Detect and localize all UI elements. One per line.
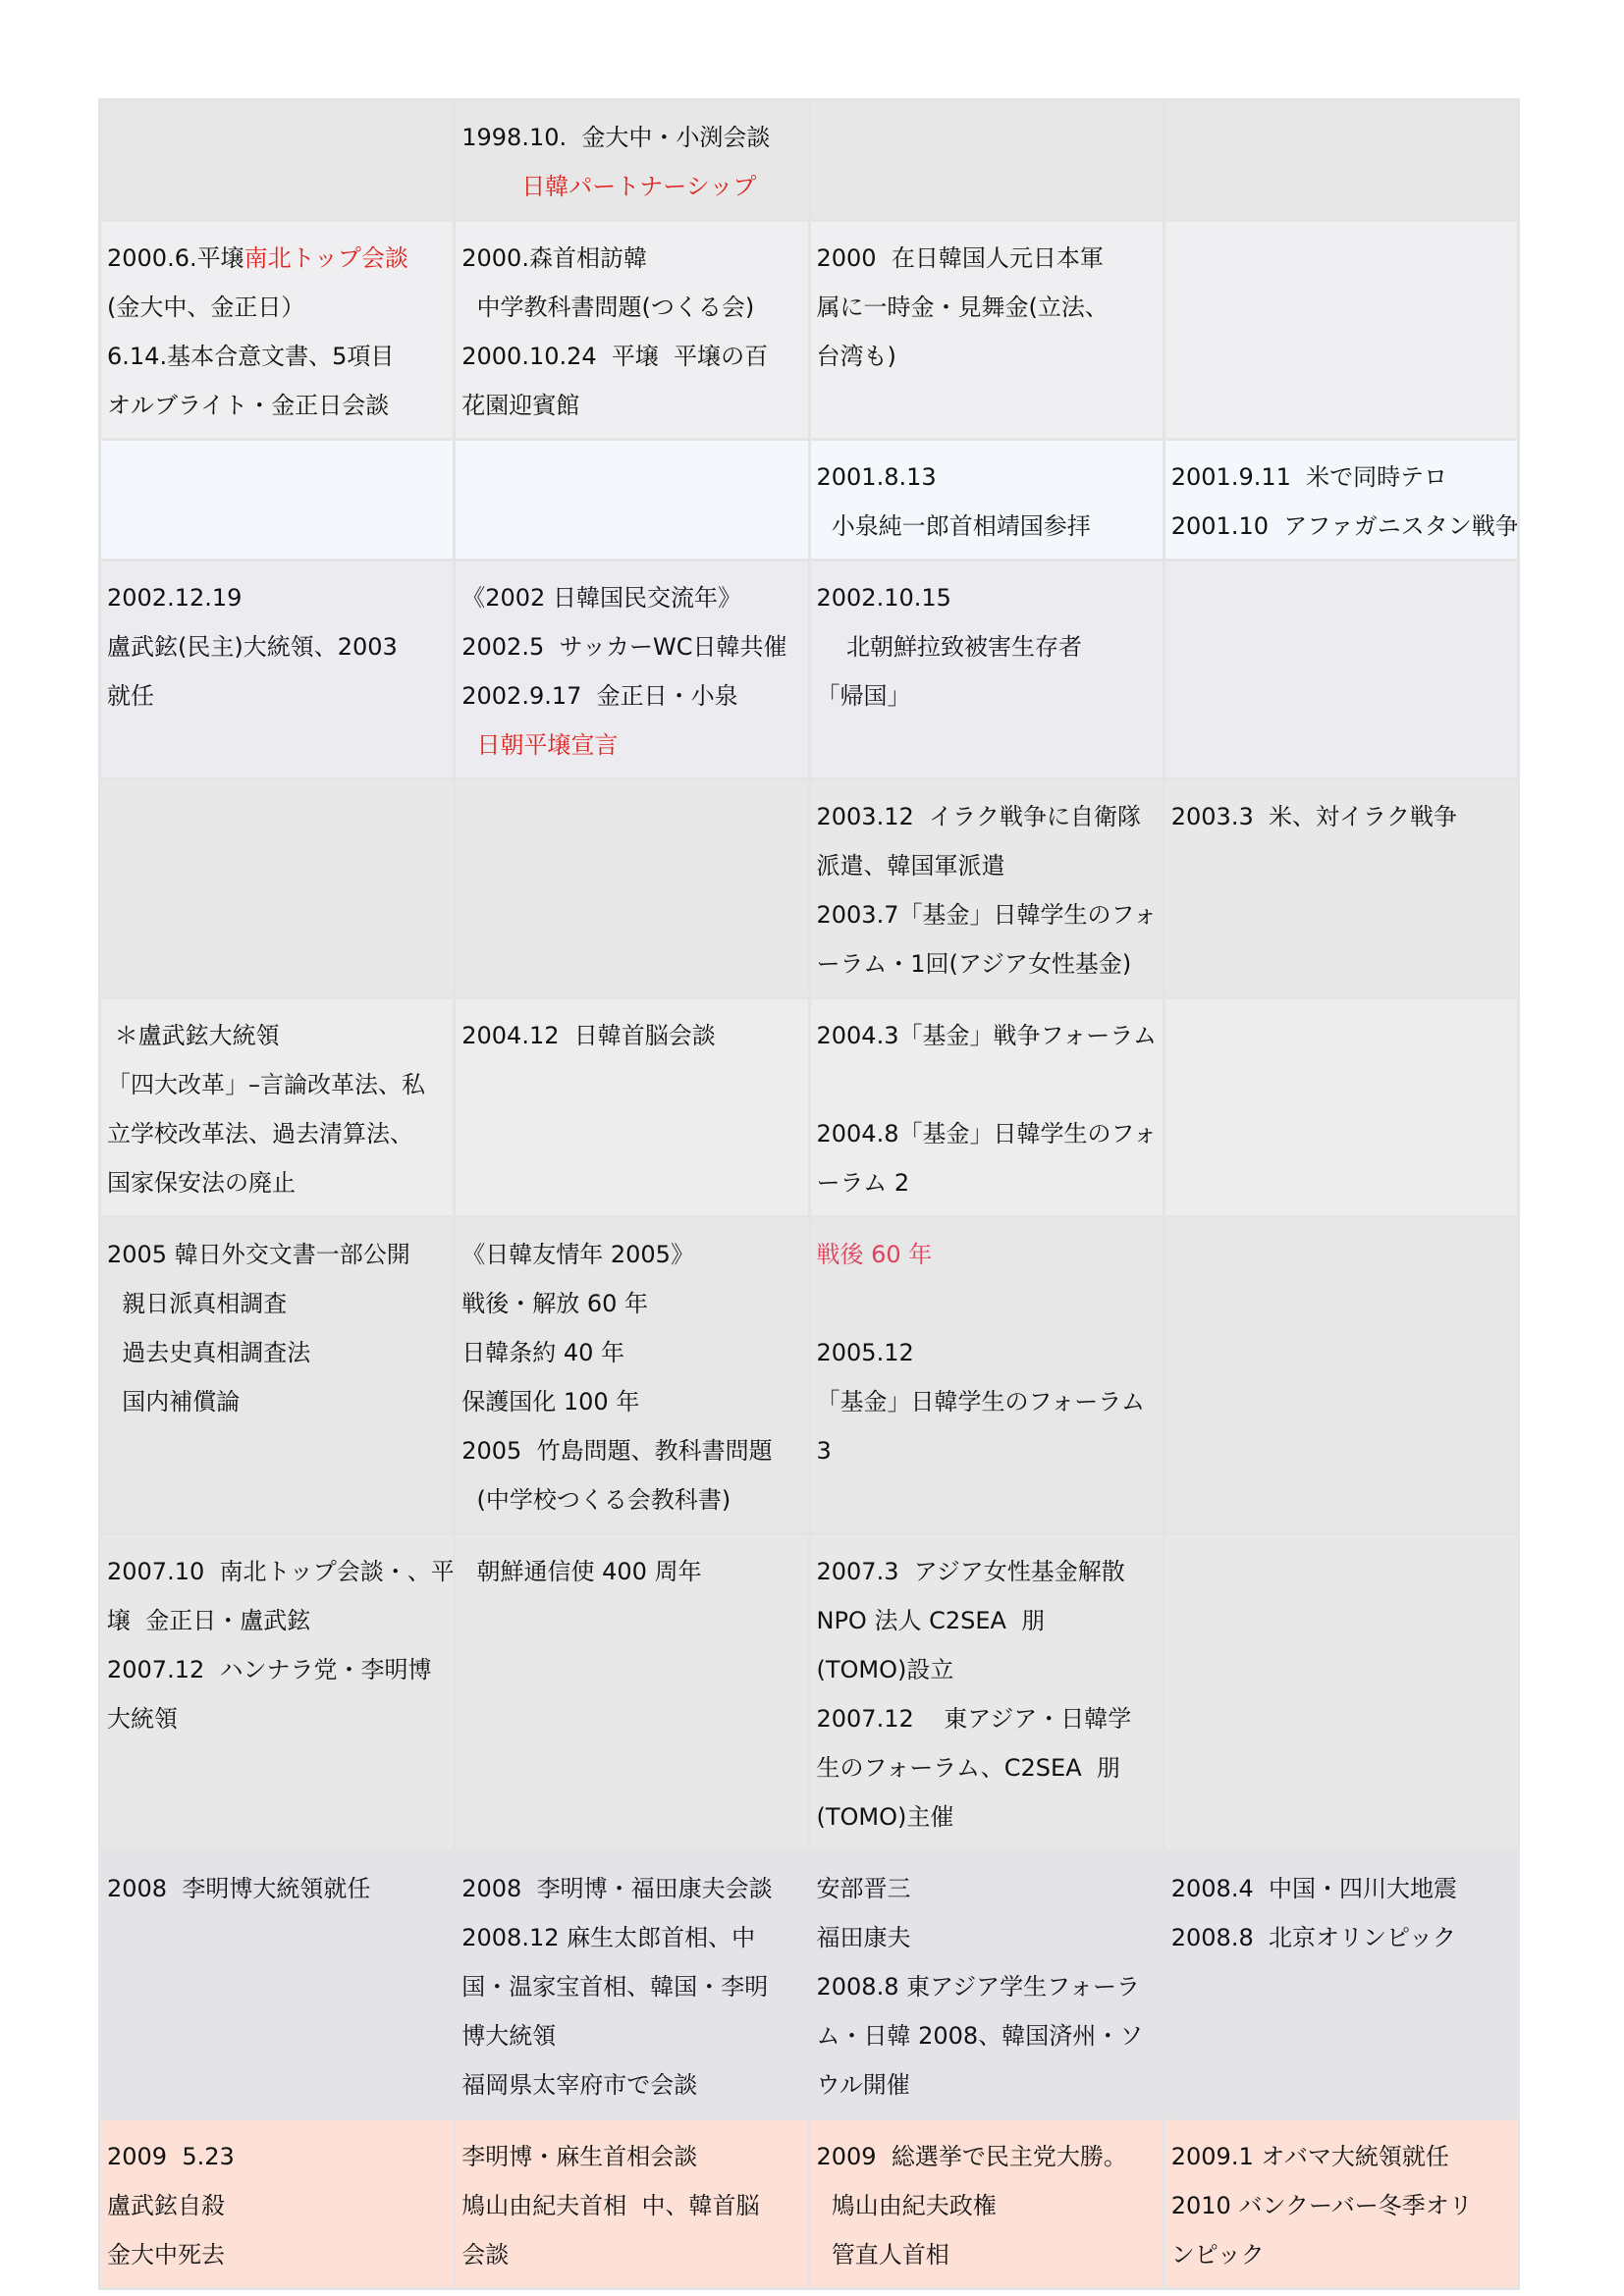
cell-text-line: 2000.10.24 平壌 平壌の百 bbox=[461, 332, 803, 381]
cell-text-line: 2009 5.23 bbox=[107, 2132, 449, 2181]
cell-text-line: 壌 金正日・盧武鉉 bbox=[107, 1596, 449, 1645]
cell-text-line: 盧武鉉自殺 bbox=[107, 2181, 449, 2230]
cell-text-line: 日韓パートナーシップ bbox=[461, 162, 803, 211]
cell-text-line: 2008.12 麻生太郎首相、中 bbox=[461, 1913, 803, 1962]
cell-text-line: 2007.12 東アジア・日韓学 bbox=[817, 1694, 1159, 1743]
cell-text-line: (TOMO)主催 bbox=[817, 1792, 1159, 1842]
cell-text-line: 安部晋三 bbox=[817, 1864, 1159, 1913]
table-cell-japan-column: 2000 在日韓国人元日本軍属に一時金・見舞金(立法、台湾も) bbox=[811, 222, 1163, 438]
table-cell-japan-korea-column: 李明博・麻生首相会談鳩山由紀夫首相 中、韓首脳会談 bbox=[456, 2120, 807, 2287]
table-row: 2005 韓日外交文書一部公開 親日派真相調査 過去史真相調査法 国内補償論《日… bbox=[101, 1218, 1517, 1532]
table-cell-world-column bbox=[1165, 1535, 1517, 1849]
table-cell-world-column: 2001.9.11 米で同時テロ2001.10 アファガニスタン戦争 bbox=[1165, 441, 1517, 559]
table-row: 2009 5.23盧武鉉自殺金大中死去李明博・麻生首相会談鳩山由紀夫首相 中、韓… bbox=[101, 2120, 1517, 2287]
cell-text-segment: 2000.6.平壌 bbox=[107, 244, 244, 272]
cell-text-line: 2005.12 bbox=[817, 1328, 1159, 1377]
cell-text-line: 保護国化 100 年 bbox=[461, 1377, 803, 1426]
table-cell-world-column: 2008.4 中国・四川大地震2008.8 北京オリンピック bbox=[1165, 1852, 1517, 2117]
cell-text-line: 福岡県太宰府市で会談 bbox=[461, 2060, 803, 2109]
cell-text-line: 2004.8「基金」日韓学生のフォ bbox=[817, 1109, 1159, 1158]
cell-text-line: 就任 bbox=[107, 671, 449, 721]
cell-text-line: 6.14.基本合意文書、5項目 bbox=[107, 332, 449, 381]
cell-text-line bbox=[817, 1279, 1159, 1328]
table-cell-japan-korea-column bbox=[456, 780, 807, 996]
cell-text-line: 2007.3 アジア女性基金解散 bbox=[817, 1547, 1159, 1596]
table-cell-korea-column: 2002.12.19盧武鉉(民主)大統領、2003就任 bbox=[101, 561, 453, 777]
cell-text-line: 管直人首相 bbox=[817, 2230, 1159, 2279]
table-cell-japan-korea-column: 朝鮮通信使 400 周年 bbox=[456, 1535, 807, 1849]
table-row: 2000.6.平壌南北トップ会談(金大中、金正日）6.14.基本合意文書、5項目… bbox=[101, 222, 1517, 438]
cell-text-line: 派遣、韓国軍派遣 bbox=[817, 841, 1159, 890]
cell-text-line: 2002.12.19 bbox=[107, 573, 449, 622]
cell-text-line: 国内補償論 bbox=[107, 1377, 449, 1426]
table-cell-japan-column: 2001.8.13 小泉純一郎首相靖国参拝 bbox=[811, 441, 1163, 559]
cell-text-line: 日朝平壌宣言 bbox=[461, 721, 803, 770]
cell-text-line: 2000.6.平壌南北トップ会談 bbox=[107, 234, 449, 283]
cell-text-line bbox=[817, 1060, 1159, 1109]
table-cell-world-column: 2009.1 オバマ大統領就任2010 バンクーバー冬季オリンピック bbox=[1165, 2120, 1517, 2287]
table-cell-world-column: 2003.3 米、対イラク戦争 bbox=[1165, 780, 1517, 996]
table-cell-world-column bbox=[1165, 222, 1517, 438]
cell-text-line: 2004.3「基金」戦争フォーラム bbox=[817, 1011, 1159, 1060]
cell-text-line: 2009 総選挙で民主党大勝。 bbox=[817, 2132, 1159, 2181]
table-row: 2002.12.19盧武鉉(民主)大統領、2003就任《2002 日韓国民交流年… bbox=[101, 561, 1517, 777]
cell-text-line: 2001.10 アファガニスタン戦争 bbox=[1171, 502, 1513, 551]
cell-text-line: 生のフォーラム、C2SEA 朋 bbox=[817, 1743, 1159, 1792]
cell-text-line: 福田康夫 bbox=[817, 1913, 1159, 1962]
cell-text-line: 2003.3 米、対イラク戦争 bbox=[1171, 792, 1513, 841]
cell-text-line: 2001.9.11 米で同時テロ bbox=[1171, 453, 1513, 502]
cell-text-line: 「四大改革」–言論改革法、私 bbox=[107, 1060, 449, 1109]
table-cell-korea-column: ＊盧武鉉大統領「四大改革」–言論改革法、私立学校改革法、過去清算法、国家保安法の… bbox=[101, 999, 453, 1215]
table-cell-korea-column bbox=[101, 780, 453, 996]
cell-text-line: 鳩山由紀夫首相 中、韓首脳 bbox=[461, 2181, 803, 2230]
cell-text-line: 過去史真相調査法 bbox=[107, 1328, 449, 1377]
table-cell-korea-column: 2007.10 南北トップ会談・、平壌 金正日・盧武鉉2007.12 ハンナラ党… bbox=[101, 1535, 453, 1849]
cell-text-line: 《日韓友情年 2005》 bbox=[461, 1230, 803, 1279]
table-cell-japan-column: 安部晋三福田康夫2008.8 東アジア学生フォーラム・日韓 2008、韓国済州・… bbox=[811, 1852, 1163, 2117]
cell-text-line: 2003.12 イラク戦争に自衛隊 bbox=[817, 792, 1159, 841]
cell-text-line: 2008 李明博大統領就任 bbox=[107, 1864, 449, 1913]
table-cell-world-column bbox=[1165, 1218, 1517, 1532]
cell-text-line: 2007.12 ハンナラ党・李明博 bbox=[107, 1645, 449, 1694]
table-cell-world-column bbox=[1165, 999, 1517, 1215]
cell-text-line: 2008.4 中国・四川大地震 bbox=[1171, 1864, 1513, 1913]
cell-text-line: (TOMO)設立 bbox=[817, 1645, 1159, 1694]
table-cell-japan-column: 戦後 60 年2005.12「基金」日韓学生のフォーラム3 bbox=[811, 1218, 1163, 1532]
table-cell-korea-column: 2005 韓日外交文書一部公開 親日派真相調査 過去史真相調査法 国内補償論 bbox=[101, 1218, 453, 1532]
table-cell-japan-column bbox=[811, 101, 1163, 219]
cell-text-line: 国・温家宝首相、韓国・李明 bbox=[461, 1962, 803, 2011]
cell-text-line: NPO 法人 C2SEA 朋 bbox=[817, 1596, 1159, 1645]
table-cell-japan-column: 2004.3「基金」戦争フォーラム2004.8「基金」日韓学生のフォーラム 2 bbox=[811, 999, 1163, 1215]
cell-text-line: 国家保安法の廃止 bbox=[107, 1158, 449, 1207]
cell-text-line: 2005 竹島問題、教科書問題 bbox=[461, 1426, 803, 1475]
cell-text-line: 3 bbox=[817, 1426, 1159, 1475]
cell-text-line: 2003.7「基金」日韓学生のフォ bbox=[817, 890, 1159, 939]
cell-text-line: 花園迎賓館 bbox=[461, 381, 803, 430]
cell-text-line: 朝鮮通信使 400 周年 bbox=[461, 1547, 803, 1596]
timeline-table: 1998.10. 金大中・小渕会談 日韓パートナーシップ2000.6.平壌南北ト… bbox=[98, 98, 1520, 2290]
table-cell-korea-column bbox=[101, 441, 453, 559]
cell-text-line: 2009.1 オバマ大統領就任 bbox=[1171, 2132, 1513, 2181]
cell-text-line: 「帰国」 bbox=[817, 671, 1159, 721]
cell-text-line: 小泉純一郎首相靖国参拝 bbox=[817, 502, 1159, 551]
cell-text-line: (中学校つくる会教科書) bbox=[461, 1475, 803, 1524]
cell-text-line: 金大中死去 bbox=[107, 2230, 449, 2279]
table-row: 2007.10 南北トップ会談・、平壌 金正日・盧武鉉2007.12 ハンナラ党… bbox=[101, 1535, 1517, 1849]
cell-text-line: 2004.12 日韓首脳会談 bbox=[461, 1011, 803, 1060]
table-row: 2003.12 イラク戦争に自衛隊派遣、韓国軍派遣2003.7「基金」日韓学生の… bbox=[101, 780, 1517, 996]
cell-text-line: 会談 bbox=[461, 2230, 803, 2279]
cell-text-line: 属に一時金・見舞金(立法、 bbox=[817, 283, 1159, 332]
cell-text-line: 2008.8 北京オリンピック bbox=[1171, 1913, 1513, 1962]
table-row: 2001.8.13 小泉純一郎首相靖国参拝2001.9.11 米で同時テロ200… bbox=[101, 441, 1517, 559]
cell-text-line: 2000 在日韓国人元日本軍 bbox=[817, 234, 1159, 283]
cell-text-line: 中学教科書問題(つくる会) bbox=[461, 283, 803, 332]
table-cell-japan-korea-column: 2004.12 日韓首脳会談 bbox=[456, 999, 807, 1215]
table-cell-japan-korea-column: 1998.10. 金大中・小渕会談 日韓パートナーシップ bbox=[456, 101, 807, 219]
table-cell-korea-column: 2009 5.23盧武鉉自殺金大中死去 bbox=[101, 2120, 453, 2287]
table-cell-japan-column: 2003.12 イラク戦争に自衛隊派遣、韓国軍派遣2003.7「基金」日韓学生の… bbox=[811, 780, 1163, 996]
table-cell-japan-korea-column: 2000.森首相訪韓 中学教科書問題(つくる会)2000.10.24 平壌 平壌… bbox=[456, 222, 807, 438]
highlighted-text: 南北トップ会談 bbox=[244, 244, 408, 272]
cell-text-line: 戦後 60 年 bbox=[817, 1230, 1159, 1279]
cell-text-line: 立学校改革法、過去清算法、 bbox=[107, 1109, 449, 1158]
table-cell-japan-korea-column bbox=[456, 441, 807, 559]
cell-text-line: 1998.10. 金大中・小渕会談 bbox=[461, 113, 803, 162]
table-cell-japan-column: 2007.3 アジア女性基金解散NPO 法人 C2SEA 朋(TOMO)設立20… bbox=[811, 1535, 1163, 1849]
cell-text-line: 2010 バンクーバー冬季オリ bbox=[1171, 2181, 1513, 2230]
cell-text-line: 日韓条約 40 年 bbox=[461, 1328, 803, 1377]
cell-text-line: 2008.8 東アジア学生フォーラ bbox=[817, 1962, 1159, 2011]
table-cell-korea-column: 2000.6.平壌南北トップ会談(金大中、金正日）6.14.基本合意文書、5項目… bbox=[101, 222, 453, 438]
cell-text-line: ーラム・1回(アジア女性基金) bbox=[817, 939, 1159, 988]
cell-text-line: 博大統領 bbox=[461, 2011, 803, 2060]
cell-text-line: 2007.10 南北トップ会談・、平 bbox=[107, 1547, 449, 1596]
cell-text-line: 台湾も) bbox=[817, 332, 1159, 381]
cell-text-line: 盧武鉉(民主)大統領、2003 bbox=[107, 622, 449, 671]
table-cell-world-column bbox=[1165, 561, 1517, 777]
table-cell-korea-column: 2008 李明博大統領就任 bbox=[101, 1852, 453, 2117]
table-row: ＊盧武鉉大統領「四大改革」–言論改革法、私立学校改革法、過去清算法、国家保安法の… bbox=[101, 999, 1517, 1215]
table-cell-japan-column: 2009 総選挙で民主党大勝。 鳩山由紀夫政権 管直人首相 bbox=[811, 2120, 1163, 2287]
table-row: 1998.10. 金大中・小渕会談 日韓パートナーシップ bbox=[101, 101, 1517, 219]
cell-text-line: ＊盧武鉉大統領 bbox=[107, 1011, 449, 1060]
cell-text-line: 2001.8.13 bbox=[817, 453, 1159, 502]
cell-text-line: 2002.10.15 bbox=[817, 573, 1159, 622]
cell-text-line: 2002.9.17 金正日・小泉 bbox=[461, 671, 803, 721]
table-cell-japan-column: 2002.10.15 北朝鮮拉致被害生存者「帰国」 bbox=[811, 561, 1163, 777]
table-cell-japan-korea-column: 2008 李明博・福田康夫会談2008.12 麻生太郎首相、中国・温家宝首相、韓… bbox=[456, 1852, 807, 2117]
cell-text-line: 李明博・麻生首相会談 bbox=[461, 2132, 803, 2181]
cell-text-line: ム・日韓 2008、韓国済州・ソ bbox=[817, 2011, 1159, 2060]
cell-text-line: 大統領 bbox=[107, 1694, 449, 1743]
cell-text-line: 2008 李明博・福田康夫会談 bbox=[461, 1864, 803, 1913]
table-row: 2008 李明博大統領就任2008 李明博・福田康夫会談2008.12 麻生太郎… bbox=[101, 1852, 1517, 2117]
cell-text-line: 《2002 日韓国民交流年》 bbox=[461, 573, 803, 622]
cell-text-line: 2005 韓日外交文書一部公開 bbox=[107, 1230, 449, 1279]
cell-text-line: 鳩山由紀夫政権 bbox=[817, 2181, 1159, 2230]
cell-text-line: ンピック bbox=[1171, 2230, 1513, 2279]
cell-text-line: 2000.森首相訪韓 bbox=[461, 234, 803, 283]
table-cell-japan-korea-column: 《日韓友情年 2005》戦後・解放 60 年日韓条約 40 年保護国化 100 … bbox=[456, 1218, 807, 1532]
cell-text-line: 北朝鮮拉致被害生存者 bbox=[817, 622, 1159, 671]
timeline-table-body: 1998.10. 金大中・小渕会談 日韓パートナーシップ2000.6.平壌南北ト… bbox=[101, 101, 1517, 2287]
cell-text-line: 「基金」日韓学生のフォーラム bbox=[817, 1377, 1159, 1426]
cell-text-line: オルブライト・金正日会談 bbox=[107, 381, 449, 430]
table-cell-japan-korea-column: 《2002 日韓国民交流年》2002.5 サッカーWC日韓共催2002.9.17… bbox=[456, 561, 807, 777]
table-cell-world-column bbox=[1165, 101, 1517, 219]
cell-text-line: 戦後・解放 60 年 bbox=[461, 1279, 803, 1328]
cell-text-line: ウル開催 bbox=[817, 2060, 1159, 2109]
cell-text-line: (金大中、金正日） bbox=[107, 283, 449, 332]
cell-text-line: 2002.5 サッカーWC日韓共催 bbox=[461, 622, 803, 671]
cell-text-line: ーラム 2 bbox=[817, 1158, 1159, 1207]
cell-text-line: 親日派真相調査 bbox=[107, 1279, 449, 1328]
table-cell-korea-column bbox=[101, 101, 453, 219]
